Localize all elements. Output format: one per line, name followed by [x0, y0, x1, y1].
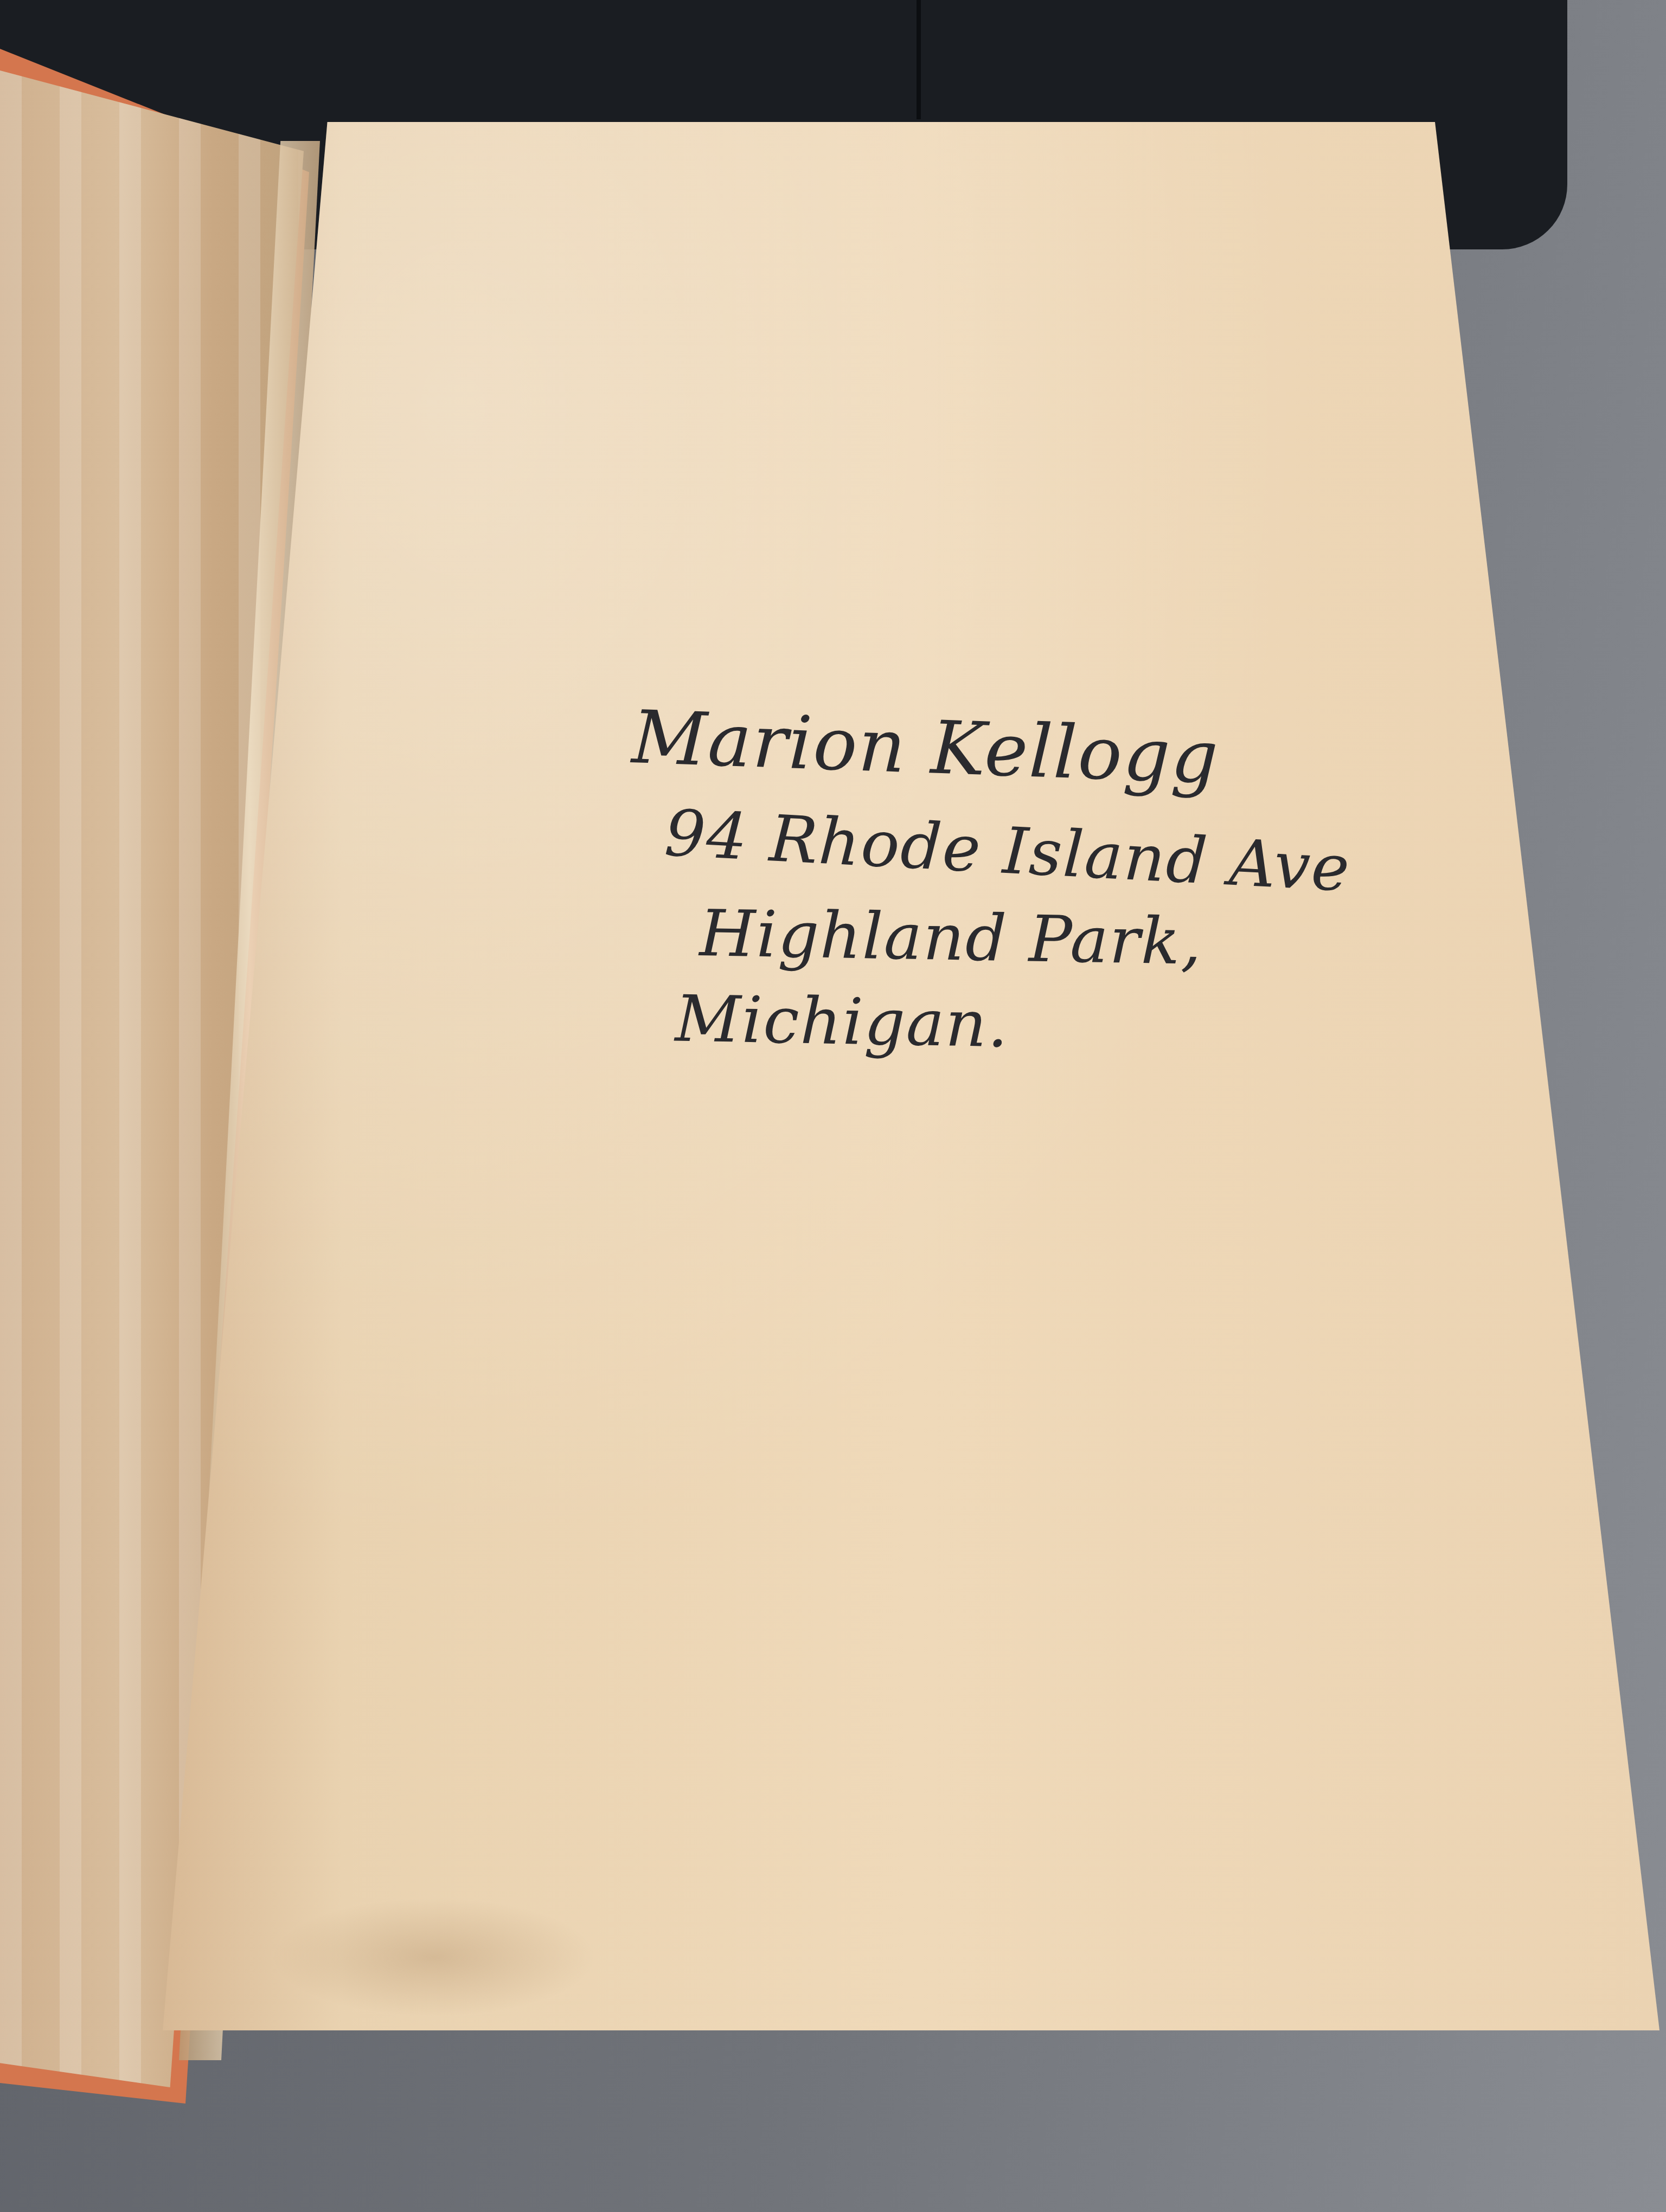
inscription-state: Michigan.	[675, 981, 1010, 1062]
dark-case-seam	[917, 0, 921, 119]
endpaper-right	[163, 122, 1659, 2030]
page-stain	[271, 1898, 597, 2017]
inscription-city: Highland Park,	[699, 896, 1203, 979]
